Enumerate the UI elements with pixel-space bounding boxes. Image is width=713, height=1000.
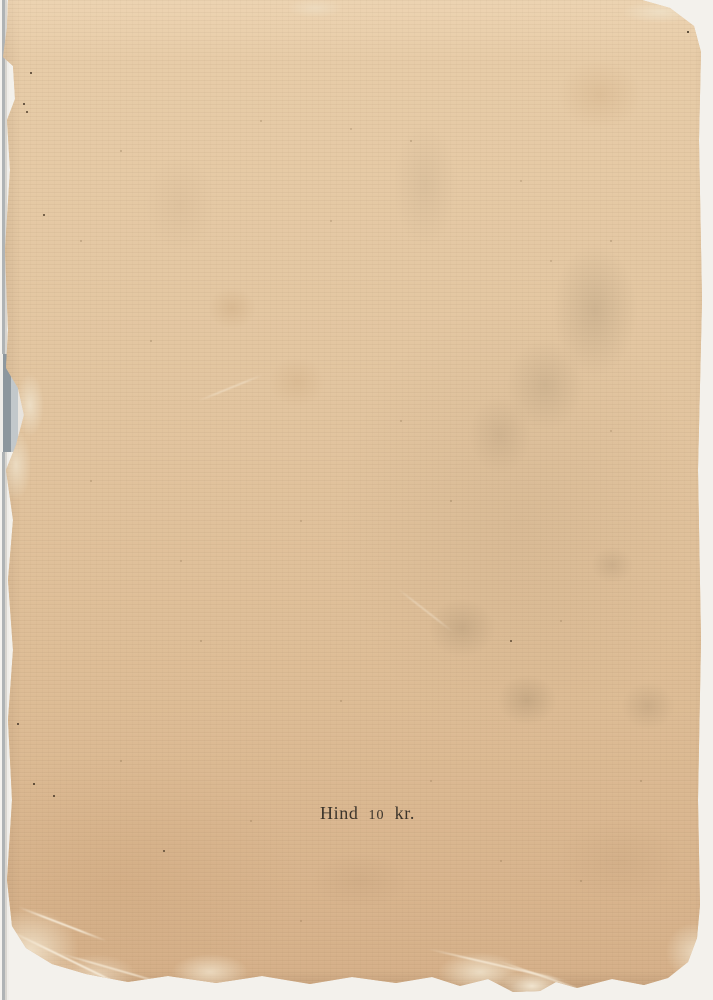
price-text: Hind 10 kr.	[11, 803, 713, 824]
price-amount: 10	[369, 807, 385, 823]
scanner-edge-strip	[0, 0, 9, 1000]
price-label: Hind	[320, 803, 358, 823]
worn-edge-patches	[0, 0, 713, 1000]
book-back-cover: Hind 10 kr.	[0, 0, 713, 1000]
price-unit: kr.	[395, 803, 415, 823]
scanned-page: Hind 10 kr.	[0, 0, 713, 1000]
